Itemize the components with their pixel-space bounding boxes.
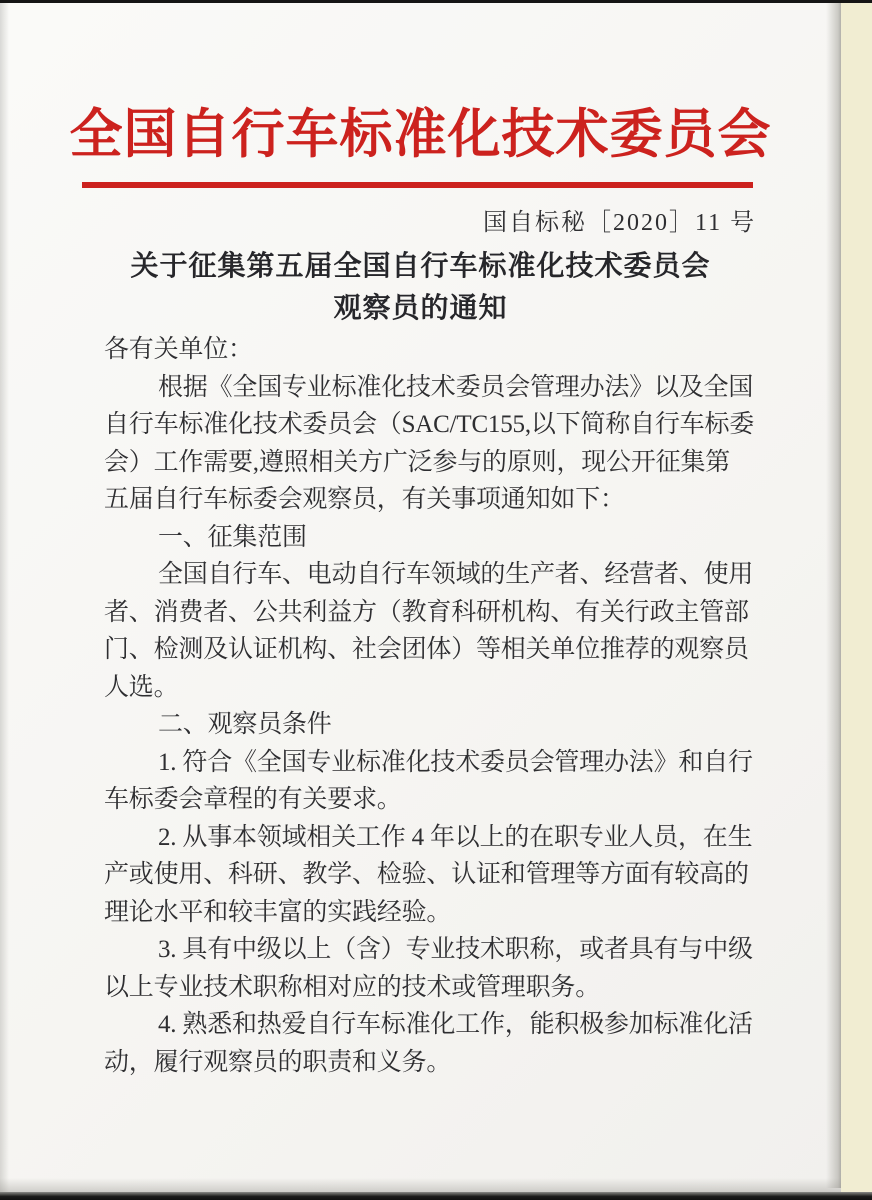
masthead-divider-rule [82,182,753,188]
page-left-shade [0,3,9,1192]
body-line: 车标委会章程的有关要求。 [104,781,772,819]
notice-title: 关于征集第五届全国自行车标准化技术委员会 观察员的通知 [0,246,841,330]
body-line: 理论水平和较丰富的实践经验。 [104,894,772,932]
body-line: 者、消费者、公共利益方（教育科研机构、有关行政主管部 [104,594,772,632]
body-line: 人选。 [104,669,772,707]
body-line: 自行车标准化技术委员会（SAC/TC155,以下简称自行车标委 [104,406,772,444]
scanner-bottom-edge [0,1192,872,1200]
body-line: 门、检测及认证机构、社会团体）等相关单位推荐的观察员 [104,631,772,669]
body-line: 以上专业技术职称相对应的技术或管理职务。 [104,969,772,1007]
notice-body: 各有关单位： 根据《全国专业标准化技术委员会管理办法》以及全国 自行车标准化技术… [104,331,772,1081]
page-right-edge-shadow [826,3,841,1188]
page-bottom-shade [0,1178,841,1192]
body-line: 根据《全国专业标准化技术委员会管理办法》以及全国 [104,369,772,407]
scanner-top-edge [0,0,872,3]
body-line: 4. 熟悉和热爱自行车标准化工作，能积极参加标准化活 [104,1006,772,1044]
section-heading-line: 一、征集范围 [104,519,772,557]
body-line: 产或使用、科研、教学、检验、认证和管理等方面有较高的 [104,856,772,894]
body-line: 2. 从事本领域相关工作 4 年以上的在职专业人员，在生 [104,819,772,857]
section-heading-line: 二、观察员条件 [104,706,772,744]
notice-title-line2: 观察员的通知 [0,288,841,330]
body-line: 1. 符合《全国专业标准化技术委员会管理办法》和自行 [104,744,772,782]
salutation-line: 各有关单位： [104,331,772,369]
body-line: 动，履行观察员的职责和义务。 [104,1044,772,1082]
organization-masthead: 全国自行车标准化技术委员会 [0,92,841,168]
body-line: 五届自行车标委会观察员，有关事项通知如下： [104,481,772,519]
body-line: 全国自行车、电动自行车领域的生产者、经营者、使用 [104,556,772,594]
notice-title-line1: 关于征集第五届全国自行车标准化技术委员会 [0,246,841,288]
body-line: 3. 具有中级以上（含）专业技术职称，或者具有与中级 [104,931,772,969]
body-line: 会）工作需要,遵照相关方广泛参与的原则，现公开征集第 [104,444,772,482]
document-number: 国自标秘［2020］11 号 [483,202,756,237]
